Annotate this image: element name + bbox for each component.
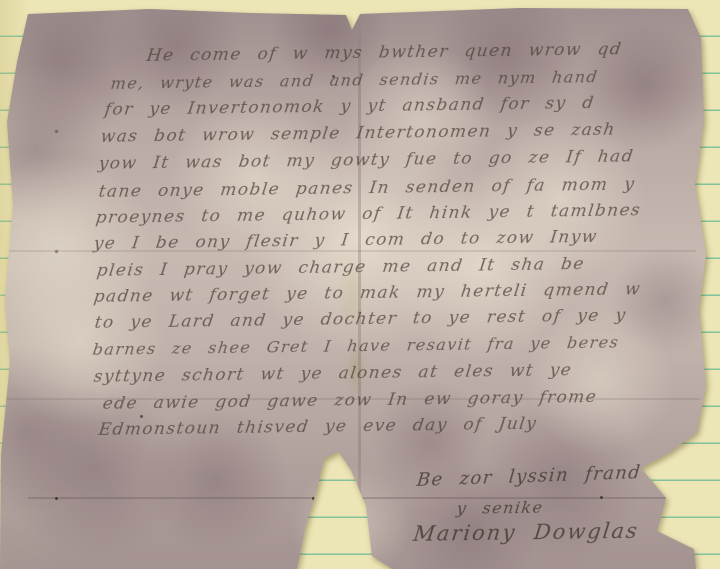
handwriting-line: was bot wrow semple Intertonomen y se za… bbox=[99, 120, 616, 147]
handwriting-line: to ye Lard and ye dochter to ye rest of … bbox=[93, 306, 627, 333]
handwriting-line: ede awie god gawe zow In ew goray frome bbox=[101, 387, 598, 414]
handwriting-line: me, wryte was and and sendis me nym hand bbox=[110, 67, 600, 93]
handwriting-line: barnes ze shee Gret I have resavit fra y… bbox=[92, 333, 621, 359]
handwriting-line: pleis I pray yow charge me and It sha be bbox=[95, 254, 586, 281]
handwriting-line: tane onye moble panes In senden of fa mo… bbox=[97, 175, 636, 203]
fold-crease-horizontal bbox=[28, 497, 706, 499]
handwriting-line: He come of w mys bwther quen wrow qd bbox=[145, 39, 623, 66]
handwriting-line: padne wt forget ye to mak my herteli qme… bbox=[92, 279, 642, 307]
manuscript-sheet: He come of w mys bwther quen wrow qd me,… bbox=[0, 0, 720, 569]
handwriting-line: syttyne schort wt ye alones at eles wt y… bbox=[92, 360, 573, 387]
ink-specks bbox=[55, 497, 58, 500]
signature-line: y senike bbox=[456, 498, 545, 518]
manuscript-photo: He come of w mys bwther quen wrow qd me,… bbox=[0, 0, 720, 569]
handwriting-line: proeynes to me quhow of It hink ye t tam… bbox=[94, 200, 642, 228]
handwriting-line: Edmonstoun thisved ye eve day of July bbox=[97, 414, 538, 440]
signature-line: Be zor lyssin frand bbox=[416, 462, 643, 491]
manuscript-sheet-wrapper: He come of w mys bwther quen wrow qd me,… bbox=[0, 0, 720, 569]
signature-name: Mariony Dowglas bbox=[412, 519, 640, 546]
handwriting-line: for ye Invertonomok y yt ansband for sy … bbox=[103, 93, 595, 120]
handwriting-line: yow It was bot my gowty fue to go ze If … bbox=[97, 147, 635, 175]
